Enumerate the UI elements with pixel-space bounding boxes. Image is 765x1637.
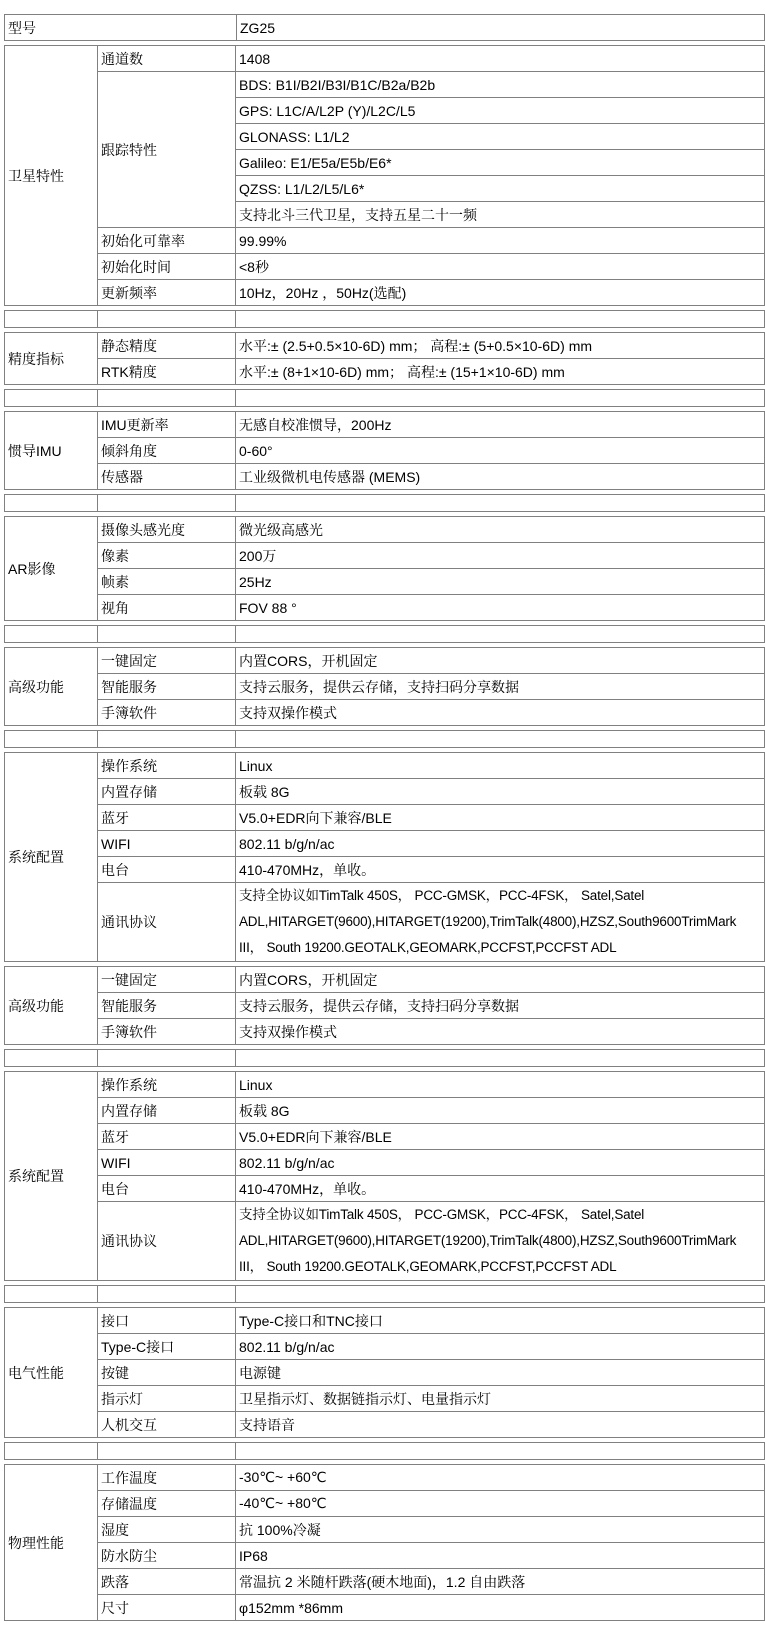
spacer-row [4,730,765,748]
value-cell: Galileo: E1/E5a/E5b/E6* [236,150,765,176]
table-row: 指示灯 卫星指示灯、数据链指示灯、电量指示灯 [5,1386,765,1412]
label-cell: 内置存储 [98,779,236,805]
label-cell: IMU更新率 [98,412,236,438]
section-table-electrical: 电气性能 接口 Type-C接口和TNC接口 Type-C接口 802.11 b… [4,1307,765,1438]
label-cell: 电台 [98,1176,236,1202]
value-cell: 802.11 b/g/n/ac [236,1150,765,1176]
table-row: 系统配置 操作系统 Linux [5,1072,765,1098]
value-cell: -40℃~ +80℃ [236,1491,765,1517]
label-cell: 通讯协议 [98,883,236,962]
table-row: 精度指标 静态精度 水平:± (2.5+0.5×10-6D) mm； 高程:± … [5,333,765,359]
label-cell: Type-C接口 [98,1334,236,1360]
label-cell: 通讯协议 [98,1202,236,1281]
label-cell: 智能服务 [98,674,236,700]
table-row: AR影像 摄像头感光度 微光级高感光 [5,517,765,543]
table-row: 湿度 抗 100%冷凝 [5,1517,765,1543]
value-cell: V5.0+EDR向下兼容/BLE [236,805,765,831]
label-cell: 倾斜角度 [98,438,236,464]
section-table-system-2: 系统配置 操作系统 Linux 内置存储 板载 8G 蓝牙 V5.0+EDR向下… [4,1071,765,1281]
table-row: 电台 410-470MHz，单收。 [5,1176,765,1202]
value-cell: 0-60° [236,438,765,464]
label-cell: 人机交互 [98,1412,236,1438]
group-cell: 惯导IMU [5,412,98,490]
spacer-row [4,1049,765,1067]
value-cell: 内置CORS，开机固定 [236,967,765,993]
label-cell: 接口 [98,1308,236,1334]
table-row: 更新频率 10Hz，20Hz ，50Hz(选配) [5,280,765,306]
label-cell: 内置存储 [98,1098,236,1124]
table-row: 系统配置 操作系统 Linux [5,753,765,779]
label-cell: 更新频率 [98,280,236,306]
table-row: 蓝牙 V5.0+EDR向下兼容/BLE [5,805,765,831]
table-row: 手簿软件 支持双操作模式 [5,1019,765,1045]
spacer-row [4,1442,765,1460]
table-row [5,495,765,512]
group-cell: 电气性能 [5,1308,98,1438]
value-cell: Linux [236,1072,765,1098]
table-row: 跌落 常温抗 2 米随杆跌落(硬木地面)，1.2 自由跌落 [5,1569,765,1595]
label-cell: 存储温度 [98,1491,236,1517]
section-table-accuracy: 精度指标 静态精度 水平:± (2.5+0.5×10-6D) mm； 高程:± … [4,332,765,385]
table-row: 高级功能 一键固定 内置CORS，开机固定 [5,648,765,674]
value-cell: 抗 100%冷凝 [236,1517,765,1543]
table-row: 智能服务 支持云服务，提供云存储，支持扫码分享数据 [5,993,765,1019]
value-cell: Type-C接口和TNC接口 [236,1308,765,1334]
table-row: 蓝牙 V5.0+EDR向下兼容/BLE [5,1124,765,1150]
table-row: 电台 410-470MHz，单收。 [5,857,765,883]
section-table-advanced-2: 高级功能 一键固定 内置CORS，开机固定 智能服务 支持云服务，提供云存储，支… [4,966,765,1045]
label-cell: 工作温度 [98,1465,236,1491]
label-cell: 电台 [98,857,236,883]
table-row: 跟踪特性 BDS: B1I/B2I/B3I/B1C/B2a/B2b [5,72,765,98]
label-cell: 跟踪特性 [98,72,236,228]
table-row: 初始化时间 <8秒 [5,254,765,280]
value-cell: 支持云服务，提供云存储，支持扫码分享数据 [236,993,765,1019]
table-row [5,1286,765,1303]
table-row [5,1050,765,1067]
value-cell: Linux [236,753,765,779]
table-row: 人机交互 支持语音 [5,1412,765,1438]
value-cell: 微光级高感光 [236,517,765,543]
table-row: 存储温度 -40℃~ +80℃ [5,1491,765,1517]
value-cell: 水平:± (8+1×10-6D) mm； 高程:± (15+1×10-6D) m… [236,359,765,385]
table-row: 手簿软件 支持双操作模式 [5,700,765,726]
value-cell: V5.0+EDR向下兼容/BLE [236,1124,765,1150]
value-cell: 支持语音 [236,1412,765,1438]
group-cell: 物理性能 [5,1465,98,1621]
model-row-table: 型号 ZG25 [4,14,765,41]
table-row: 倾斜角度 0-60° [5,438,765,464]
spacer-row [4,389,765,407]
table-row: 惯导IMU IMU更新率 无感自校准惯导，200Hz [5,412,765,438]
label-cell: 智能服务 [98,993,236,1019]
value-cell: 板载 8G [236,1098,765,1124]
label-cell: 初始化可靠率 [98,228,236,254]
value-cell: QZSS: L1/L2/L5/L6* [236,176,765,202]
table-row [5,390,765,407]
label-cell: 一键固定 [98,967,236,993]
value-cell: 802.11 b/g/n/ac [236,1334,765,1360]
table-row [5,731,765,748]
value-cell: 支持云服务，提供云存储，支持扫码分享数据 [236,674,765,700]
table-row: 卫星特性 通道数 1408 [5,46,765,72]
value-cell: BDS: B1I/B2I/B3I/B1C/B2a/B2b [236,72,765,98]
group-cell: 精度指标 [5,333,98,385]
section-table-satellite: 卫星特性 通道数 1408 跟踪特性 BDS: B1I/B2I/B3I/B1C/… [4,45,765,306]
table-row: 防水防尘 IP68 [5,1543,765,1569]
label-cell: 手簿软件 [98,700,236,726]
section-table-imu: 惯导IMU IMU更新率 无感自校准惯导，200Hz 倾斜角度 0-60° 传感… [4,411,765,490]
label-cell: 防水防尘 [98,1543,236,1569]
label-cell: 帧素 [98,569,236,595]
value-cell: IP68 [236,1543,765,1569]
value-cell: 1408 [236,46,765,72]
table-row [5,311,765,328]
label-cell: 尺寸 [98,1595,236,1621]
table-row: RTK精度 水平:± (8+1×10-6D) mm； 高程:± (15+1×10… [5,359,765,385]
table-row: 物理性能 工作温度 -30℃~ +60℃ [5,1465,765,1491]
table-row: 高级功能 一键固定 内置CORS，开机固定 [5,967,765,993]
label-cell: 跌落 [98,1569,236,1595]
label-cell: 指示灯 [98,1386,236,1412]
table-row: 电气性能 接口 Type-C接口和TNC接口 [5,1308,765,1334]
group-cell: AR影像 [5,517,98,621]
label-cell: 操作系统 [98,1072,236,1098]
table-row [5,626,765,643]
table-row: 视角 FOV 88 ° [5,595,765,621]
table-row: 内置存储 板载 8G [5,779,765,805]
label-cell: 蓝牙 [98,805,236,831]
value-cell: 支持双操作模式 [236,1019,765,1045]
spacer-row [4,310,765,328]
table-row: 帧素 25Hz [5,569,765,595]
table-row: 初始化可靠率 99.99% [5,228,765,254]
table-row: 型号 ZG25 [5,15,765,41]
value-cell: 支持全协议如TimTalk 450S， PCC-GMSK，PCC-4FSK， S… [236,1202,765,1281]
value-cell: 802.11 b/g/n/ac [236,831,765,857]
group-cell: 高级功能 [5,648,98,726]
table-row: 传感器 工业级微机电传感器 (MEMS) [5,464,765,490]
value-cell: GLONASS: L1/L2 [236,124,765,150]
value-cell: 支持双操作模式 [236,700,765,726]
label-cell: 一键固定 [98,648,236,674]
value-cell: 10Hz，20Hz ，50Hz(选配) [236,280,765,306]
value-cell: 25Hz [236,569,765,595]
value-cell: 工业级微机电传感器 (MEMS) [236,464,765,490]
model-label-cell: 型号 [5,15,237,41]
value-cell: 板载 8G [236,779,765,805]
label-cell: 初始化时间 [98,254,236,280]
label-cell: 操作系统 [98,753,236,779]
value-cell: 支持北斗三代卫星，支持五星二十一频 [236,202,765,228]
table-row: 智能服务 支持云服务，提供云存储，支持扫码分享数据 [5,674,765,700]
group-cell: 系统配置 [5,1072,98,1281]
value-cell: FOV 88 ° [236,595,765,621]
table-row: 按键 电源键 [5,1360,765,1386]
label-cell: 静态精度 [98,333,236,359]
table-row: WIFI 802.11 b/g/n/ac [5,1150,765,1176]
label-cell: 视角 [98,595,236,621]
spacer-row [4,1285,765,1303]
spacer-row [4,494,765,512]
label-cell: 湿度 [98,1517,236,1543]
model-value-cell: ZG25 [237,15,765,41]
label-cell: 蓝牙 [98,1124,236,1150]
value-cell: -30℃~ +60℃ [236,1465,765,1491]
table-row: WIFI 802.11 b/g/n/ac [5,831,765,857]
label-cell: WIFI [98,1150,236,1176]
value-cell: GPS: L1C/A/L2P (Y)/L2C/L5 [236,98,765,124]
value-cell: 410-470MHz，单收。 [236,857,765,883]
label-cell: 通道数 [98,46,236,72]
value-cell: 内置CORS，开机固定 [236,648,765,674]
value-cell: <8秒 [236,254,765,280]
label-cell: 传感器 [98,464,236,490]
group-cell: 高级功能 [5,967,98,1045]
label-cell: RTK精度 [98,359,236,385]
group-cell: 卫星特性 [5,46,98,306]
value-cell: 卫星指示灯、数据链指示灯、电量指示灯 [236,1386,765,1412]
label-cell: 像素 [98,543,236,569]
table-row: 通讯协议 支持全协议如TimTalk 450S， PCC-GMSK，PCC-4F… [5,1202,765,1281]
section-table-system-1: 系统配置 操作系统 Linux 内置存储 板载 8G 蓝牙 V5.0+EDR向下… [4,752,765,962]
section-table-physical: 物理性能 工作温度 -30℃~ +60℃ 存储温度 -40℃~ +80℃ 湿度 … [4,1464,765,1621]
label-cell: 按键 [98,1360,236,1386]
table-row [5,1443,765,1460]
table-row: 内置存储 板载 8G [5,1098,765,1124]
value-cell: φ152mm *86mm [236,1595,765,1621]
value-cell: 水平:± (2.5+0.5×10-6D) mm； 高程:± (5+0.5×10-… [236,333,765,359]
table-row: 像素 200万 [5,543,765,569]
value-cell: 支持全协议如TimTalk 450S， PCC-GMSK，PCC-4FSK， S… [236,883,765,962]
table-row: 尺寸 φ152mm *86mm [5,1595,765,1621]
value-cell: 常温抗 2 米随杆跌落(硬木地面)，1.2 自由跌落 [236,1569,765,1595]
value-cell: 电源键 [236,1360,765,1386]
table-row: Type-C接口 802.11 b/g/n/ac [5,1334,765,1360]
section-table-ar: AR影像 摄像头感光度 微光级高感光 像素 200万 帧素 25Hz 视角 FO… [4,516,765,621]
label-cell: 摄像头感光度 [98,517,236,543]
value-cell: 410-470MHz，单收。 [236,1176,765,1202]
spacer-row [4,625,765,643]
group-cell: 系统配置 [5,753,98,962]
value-cell: 200万 [236,543,765,569]
section-table-advanced-1: 高级功能 一键固定 内置CORS，开机固定 智能服务 支持云服务，提供云存储，支… [4,647,765,726]
value-cell: 无感自校准惯导，200Hz [236,412,765,438]
label-cell: 手簿软件 [98,1019,236,1045]
value-cell: 99.99% [236,228,765,254]
label-cell: WIFI [98,831,236,857]
table-row: 通讯协议 支持全协议如TimTalk 450S， PCC-GMSK，PCC-4F… [5,883,765,962]
